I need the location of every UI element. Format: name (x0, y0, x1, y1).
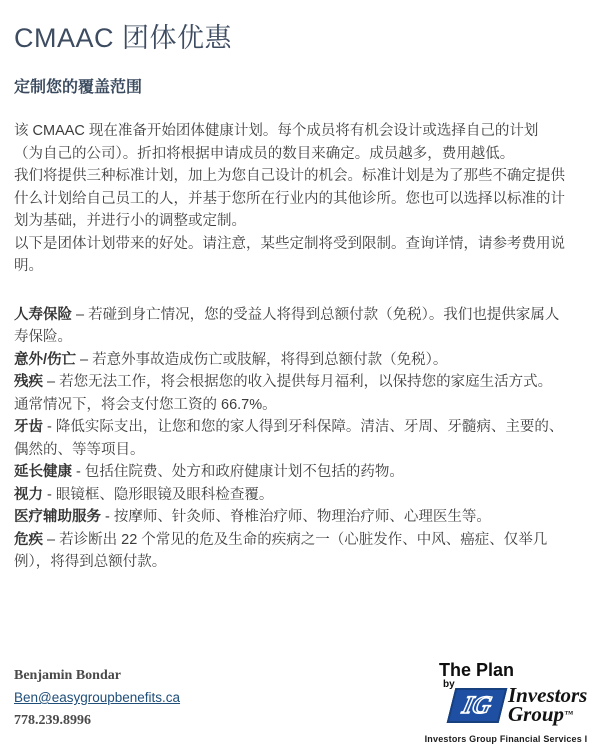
benefit-term: 牙齿 (14, 419, 43, 435)
benefit-term: 意外/伤亡 (14, 352, 76, 368)
benefit-term: 残疾 (14, 374, 43, 390)
benefit-desc: 若诊断出 22 个常见的危及生命的疾病之一（心脏发作、中风、癌症、仅举几例），将… (14, 532, 547, 571)
contact-name: Benjamin Bondar (14, 668, 180, 684)
benefit-item: 牙齿 - 降低实际支出，让您和您的家人得到牙科保障。清洁、牙周、牙髓病、主要的、… (14, 416, 566, 461)
benefit-separator: – (43, 532, 59, 548)
benefit-term: 医疗辅助服务 (14, 509, 101, 525)
benefit-desc: 若意外事故造成伤亡或肢解，将得到总额付款（免税）。 (92, 352, 447, 368)
paragraph: 该 CMAAC 现在准备开始团体健康计划。每个成员将有机会设计或选择自己的计划（… (14, 120, 566, 165)
benefit-item: 视力 - 眼镜框、隐形眼镜及眼科检查覆。 (14, 484, 566, 507)
contact-email-link[interactable]: Ben@easygroupbenefits.ca (14, 690, 180, 705)
paragraph: 以下是团体计划带来的好处。请注意，某些定制将受到限制。查询详情，请参考费用说明。 (14, 233, 566, 278)
document-subtitle: 定制您的覆盖范围 (14, 74, 587, 97)
benefit-item: 危疾 – 若诊断出 22 个常见的危及生命的疾病之一（心脏发作、中风、癌症、仅举… (14, 529, 566, 574)
benefit-item: 医疗辅助服务 - 按摩师、针灸师、脊椎治疗师、物理治疗师、心理医生等。 (14, 506, 566, 529)
benefit-desc: 眼镜框、隐形眼镜及眼科检查覆。 (56, 487, 274, 503)
ig-emblem-icon: IG (447, 688, 508, 723)
brand-line2: Group (508, 702, 564, 726)
the-plan-label: The Plan (439, 660, 591, 681)
logo-tagline: Investors Group Financial Services I (421, 734, 591, 744)
paragraph: 我们将提供三种标准计划，加上为您自己设计的机会。标准计划是为了那些不确定提供什么… (14, 165, 566, 233)
benefit-separator: - (43, 419, 56, 435)
benefit-separator: - (43, 487, 56, 503)
benefit-desc: 若碰到身亡情况，您的受益人将得到总额付款（免税）。我们也提供家属人寿保险。 (14, 307, 559, 346)
benefit-term: 延长健康 (14, 464, 72, 480)
benefit-separator: – (43, 374, 59, 390)
ig-emblem-text: IG (460, 691, 495, 719)
benefit-desc: 按摩师、针灸师、脊椎治疗师、物理治疗师、心理医生等。 (114, 509, 491, 525)
intro-section: 该 CMAAC 现在准备开始团体健康计划。每个成员将有机会设计或选择自己的计划（… (14, 120, 566, 278)
benefit-term: 危疾 (14, 532, 43, 548)
contact-block: Benjamin Bondar Ben@easygroupbenefits.ca… (14, 660, 180, 729)
benefits-list: 人寿保险 – 若碰到身亡情况，您的受益人将得到总额付款（免税）。我们也提供家属人… (14, 304, 566, 574)
document-page: CMAAC 团体优惠 定制您的覆盖范围 该 CMAAC 现在准备开始团体健康计划… (0, 0, 601, 752)
benefit-desc: 降低实际支出，让您和您的家人得到牙科保障。清洁、牙周、牙髓病、主要的、偶然的、等… (14, 419, 563, 458)
trademark-symbol: ™ (564, 709, 573, 719)
benefit-item: 意外/伤亡 – 若意外事故造成伤亡或肢解，将得到总额付款（免税）。 (14, 349, 566, 372)
benefit-desc: 包括住院费、处方和政府健康计划不包括的药物。 (85, 464, 404, 480)
document-title: CMAAC 团体优惠 (14, 16, 587, 55)
contact-phone: 778.239.8996 (14, 713, 180, 729)
brand-name: Investors Group™ (508, 686, 587, 724)
investors-group-logo: The Plan by IG Investors Group™ Investor… (421, 660, 591, 744)
logo-row: IG Investors Group™ (421, 686, 591, 724)
benefit-separator: – (76, 352, 92, 368)
benefit-item: 延长健康 - 包括住院费、处方和政府健康计划不包括的药物。 (14, 461, 566, 484)
benefit-desc: 若您无法工作，将会根据您的收入提供每月福利，以保持您的家庭生活方式。通常情况下，… (14, 374, 552, 413)
benefit-separator: - (72, 464, 85, 480)
benefit-separator: – (72, 307, 88, 323)
benefit-item: 人寿保险 – 若碰到身亡情况，您的受益人将得到总额付款（免税）。我们也提供家属人… (14, 304, 566, 349)
benefit-separator: - (101, 509, 114, 525)
footer: Benjamin Bondar Ben@easygroupbenefits.ca… (14, 660, 591, 744)
benefit-term: 人寿保险 (14, 307, 72, 323)
benefit-item: 残疾 – 若您无法工作，将会根据您的收入提供每月福利，以保持您的家庭生活方式。通… (14, 371, 566, 416)
benefit-term: 视力 (14, 487, 43, 503)
